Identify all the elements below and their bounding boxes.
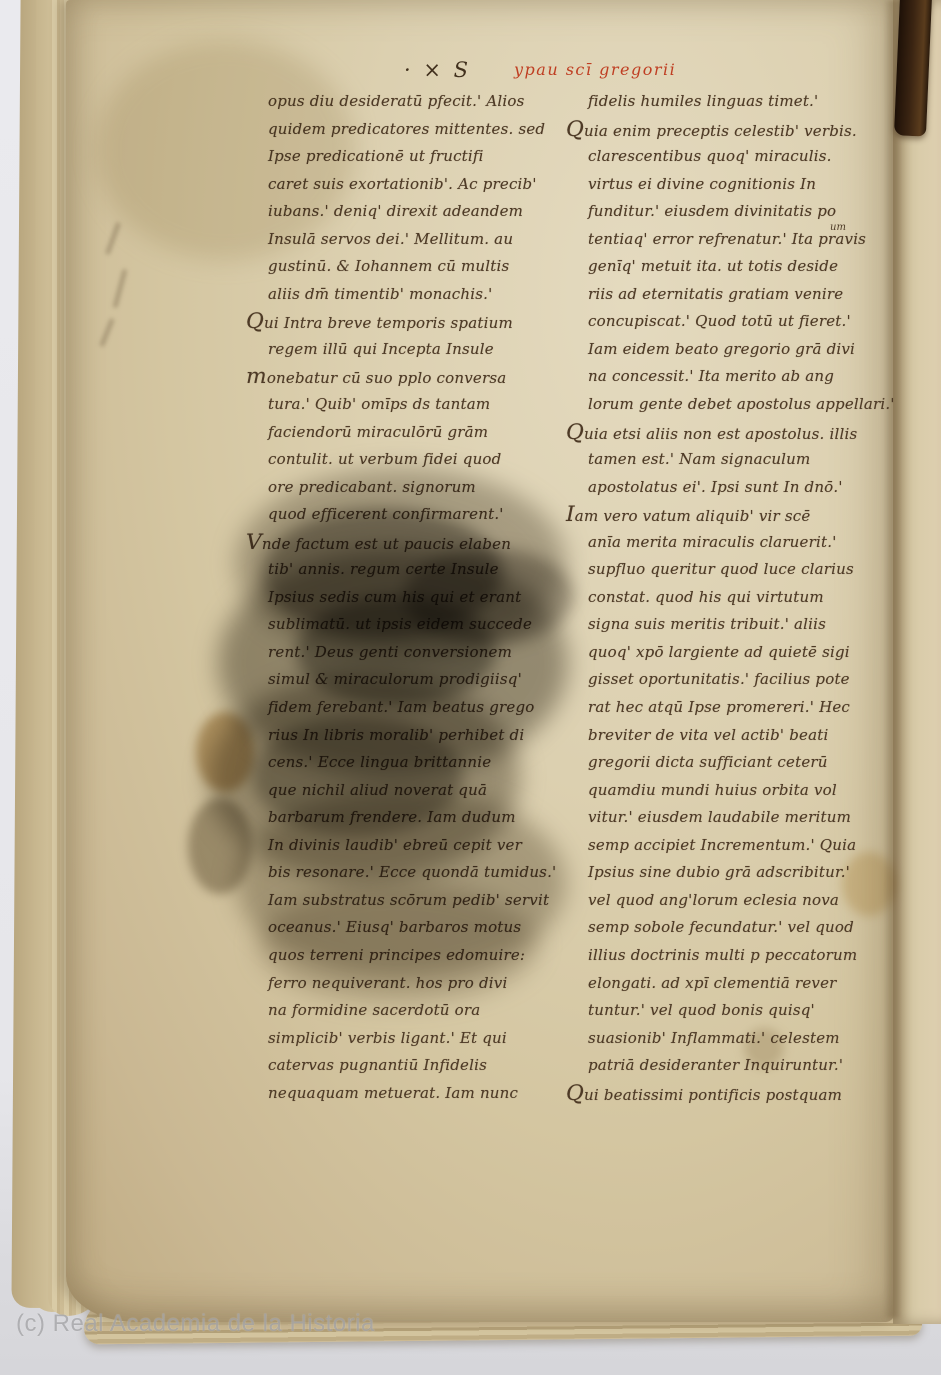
manuscript-line: bis resonare.' Ecce quondā tumidus.' <box>268 859 600 887</box>
manuscript-line: quod efficerent confirmarent.' <box>268 501 600 529</box>
text-column-left: opus diu desideratū pfecit.' Aliosquidem… <box>268 88 600 1107</box>
manuscript-line: Qui Intra breve temporis spatium <box>246 308 600 336</box>
manuscript-line: na concessit.' Ita merito ab ang <box>588 363 920 391</box>
manuscript-line: quamdiu mundi huius orbita vol <box>588 777 920 805</box>
manuscript-line: Qui beatissimi pontificis postquam <box>566 1080 920 1108</box>
manuscript-line: lorum gente debet apostolus appellari.' <box>588 391 920 419</box>
manuscript-line: monebatur cū suo pplo conversa <box>246 363 600 391</box>
running-title: ypau scī gregorii <box>514 60 676 79</box>
manuscript-line: suasionib' Inflammati.' celestem <box>588 1025 920 1053</box>
quire-mark: · × S <box>404 58 471 82</box>
manuscript-line: quidem predicatores mittentes. sed <box>268 116 600 144</box>
copyright-watermark: (c) Real Academia de la Historia <box>16 1310 616 1338</box>
manuscript-line: caret suis exortationib'. Ac precib' <box>268 171 600 199</box>
manuscript-line: opus diu desideratū pfecit.' Alios <box>268 88 600 116</box>
manuscript-line: fidelis humiles linguas timet.' <box>588 88 920 116</box>
manuscript-line: quos terreni principes edomuire: <box>268 942 600 970</box>
manuscript-line: genīq' metuit ita. ut totis deside <box>588 253 920 281</box>
manuscript-line: illius doctrinis multi p peccatorum <box>588 942 920 970</box>
manuscript-line: sublimatū. ut ipsis eidem succede <box>268 611 600 639</box>
manuscript-line: concupiscat.' Quod totū ut fieret.' <box>588 308 920 336</box>
manuscript-line: simul & miraculorum prodigiisq' <box>268 666 600 694</box>
manuscript-line: Insulā servos dei.' Mellitum. au <box>268 226 600 254</box>
manuscript-line: supfluo queritur quod luce clarius <box>588 556 920 584</box>
manuscript-line: constat. quod his qui virtutum <box>588 584 920 612</box>
manuscript-line: tentiaq' error refrenatur.' Ita pravis <box>588 226 920 254</box>
manuscript-line: elongati. ad xpī clementiā rever <box>588 970 920 998</box>
manuscript-photo: · × S ypau scī gregorii um opus diu desi… <box>0 0 941 1375</box>
manuscript-line: patriā desideranter Inquiruntur.' <box>588 1052 920 1080</box>
manuscript-line: gregorii dicta sufficiant ceterū <box>588 749 920 777</box>
manuscript-line: Ipsius sedis cum his qui et erant <box>268 584 600 612</box>
manuscript-line: semp sobole fecundatur.' vel quod <box>588 914 920 942</box>
manuscript-line: gisset oportunitatis.' facilius pote <box>588 666 920 694</box>
manuscript-line: quoq' xpō largiente ad quietē sigi <box>588 639 920 667</box>
manuscript-line: Quia etsi aliis non est apostolus. illis <box>566 419 920 447</box>
manuscript-line: Iam substratus scōrum pedib' servit <box>268 887 600 915</box>
manuscript-line: cens.' Ecce lingua brittannie <box>268 749 600 777</box>
manuscript-line: breviter de vita vel actib' beati <box>588 722 920 750</box>
manuscript-line: contulit. ut verbum fidei quod <box>268 446 600 474</box>
manuscript-line: apostolatus ei'. Ipsi sunt In dnō.' <box>588 474 920 502</box>
manuscript-line: funditur.' eiusdem divinitatis po <box>588 198 920 226</box>
manuscript-line: que nichil aliud noverat quā <box>268 777 600 805</box>
text-column-right: fidelis humiles linguas timet.'Quia enim… <box>588 88 920 1107</box>
manuscript-line: catervas pugnantiū Infidelis <box>268 1052 600 1080</box>
manuscript-line: ore predicabant. signorum <box>268 474 600 502</box>
manuscript-line: clarescentibus quoq' miraculis. <box>588 143 920 171</box>
manuscript-line: tuntur.' vel quod bonis quisq' <box>588 997 920 1025</box>
manuscript-line: tura.' Quib' omīps ds tantam <box>268 391 600 419</box>
manuscript-line: iubans.' deniq' direxit adeandem <box>268 198 600 226</box>
manuscript-line: riis ad eternitatis gratiam venire <box>588 281 920 309</box>
manuscript-line: anīa merita miraculis claruerit.' <box>588 529 920 557</box>
manuscript-line: rius In libris moralib' perhibet di <box>268 722 600 750</box>
manuscript-line: rat hec atqū Ipse promereri.' Hec <box>588 694 920 722</box>
manuscript-line: nequaquam metuerat. Iam nunc <box>268 1080 600 1108</box>
manuscript-line: tib' annis. regum certe Insule <box>268 556 600 584</box>
manuscript-line: vel quod ang'lorum eclesia nova <box>588 887 920 915</box>
manuscript-line: tamen est.' Nam signaculum <box>588 446 920 474</box>
manuscript-line: oceanus.' Eiusq' barbaros motus <box>268 914 600 942</box>
manuscript-line: rent.' Deus genti conversionem <box>268 639 600 667</box>
manuscript-line: Ipsius sine dubio grā adscribitur.' <box>588 859 920 887</box>
manuscript-line: semp accipiet Incrementum.' Quia <box>588 832 920 860</box>
manuscript-line: faciendorū miraculōrū grām <box>268 419 600 447</box>
manuscript-line: ferro nequiverant. hos pro divi <box>268 970 600 998</box>
manuscript-line: aliis dm̄ timentib' monachis.' <box>268 281 600 309</box>
manuscript-line: gustinū. & Iohannem cū multis <box>268 253 600 281</box>
manuscript-line: regem illū qui Incepta Insule <box>268 336 600 364</box>
manuscript-line: Ipse predicationē ut fructifi <box>268 143 600 171</box>
manuscript-line: In divinis laudib' ebreū cepit ver <box>268 832 600 860</box>
manuscript-line: Iam eidem beato gregorio grā divi <box>588 336 920 364</box>
manuscript-line: Vnde factum est ut paucis elaben <box>246 529 600 557</box>
manuscript-line: Iam vero vatum aliquib' vir scē <box>566 501 920 529</box>
manuscript-line: simplicib' verbis ligant.' Et qui <box>268 1025 600 1053</box>
manuscript-line: Quia enim preceptis celestib' verbis. <box>566 116 920 144</box>
manuscript-line: vitur.' eiusdem laudabile meritum <box>588 804 920 832</box>
manuscript-line: virtus ei divine cognitionis In <box>588 171 920 199</box>
manuscript-line: barbarum frendere. Iam dudum <box>268 804 600 832</box>
manuscript-line: na formidine sacerdotū ora <box>268 997 600 1025</box>
manuscript-line: signa suis meritis tribuit.' aliis <box>588 611 920 639</box>
manuscript-line: fidem ferebant.' Iam beatus grego <box>268 694 600 722</box>
